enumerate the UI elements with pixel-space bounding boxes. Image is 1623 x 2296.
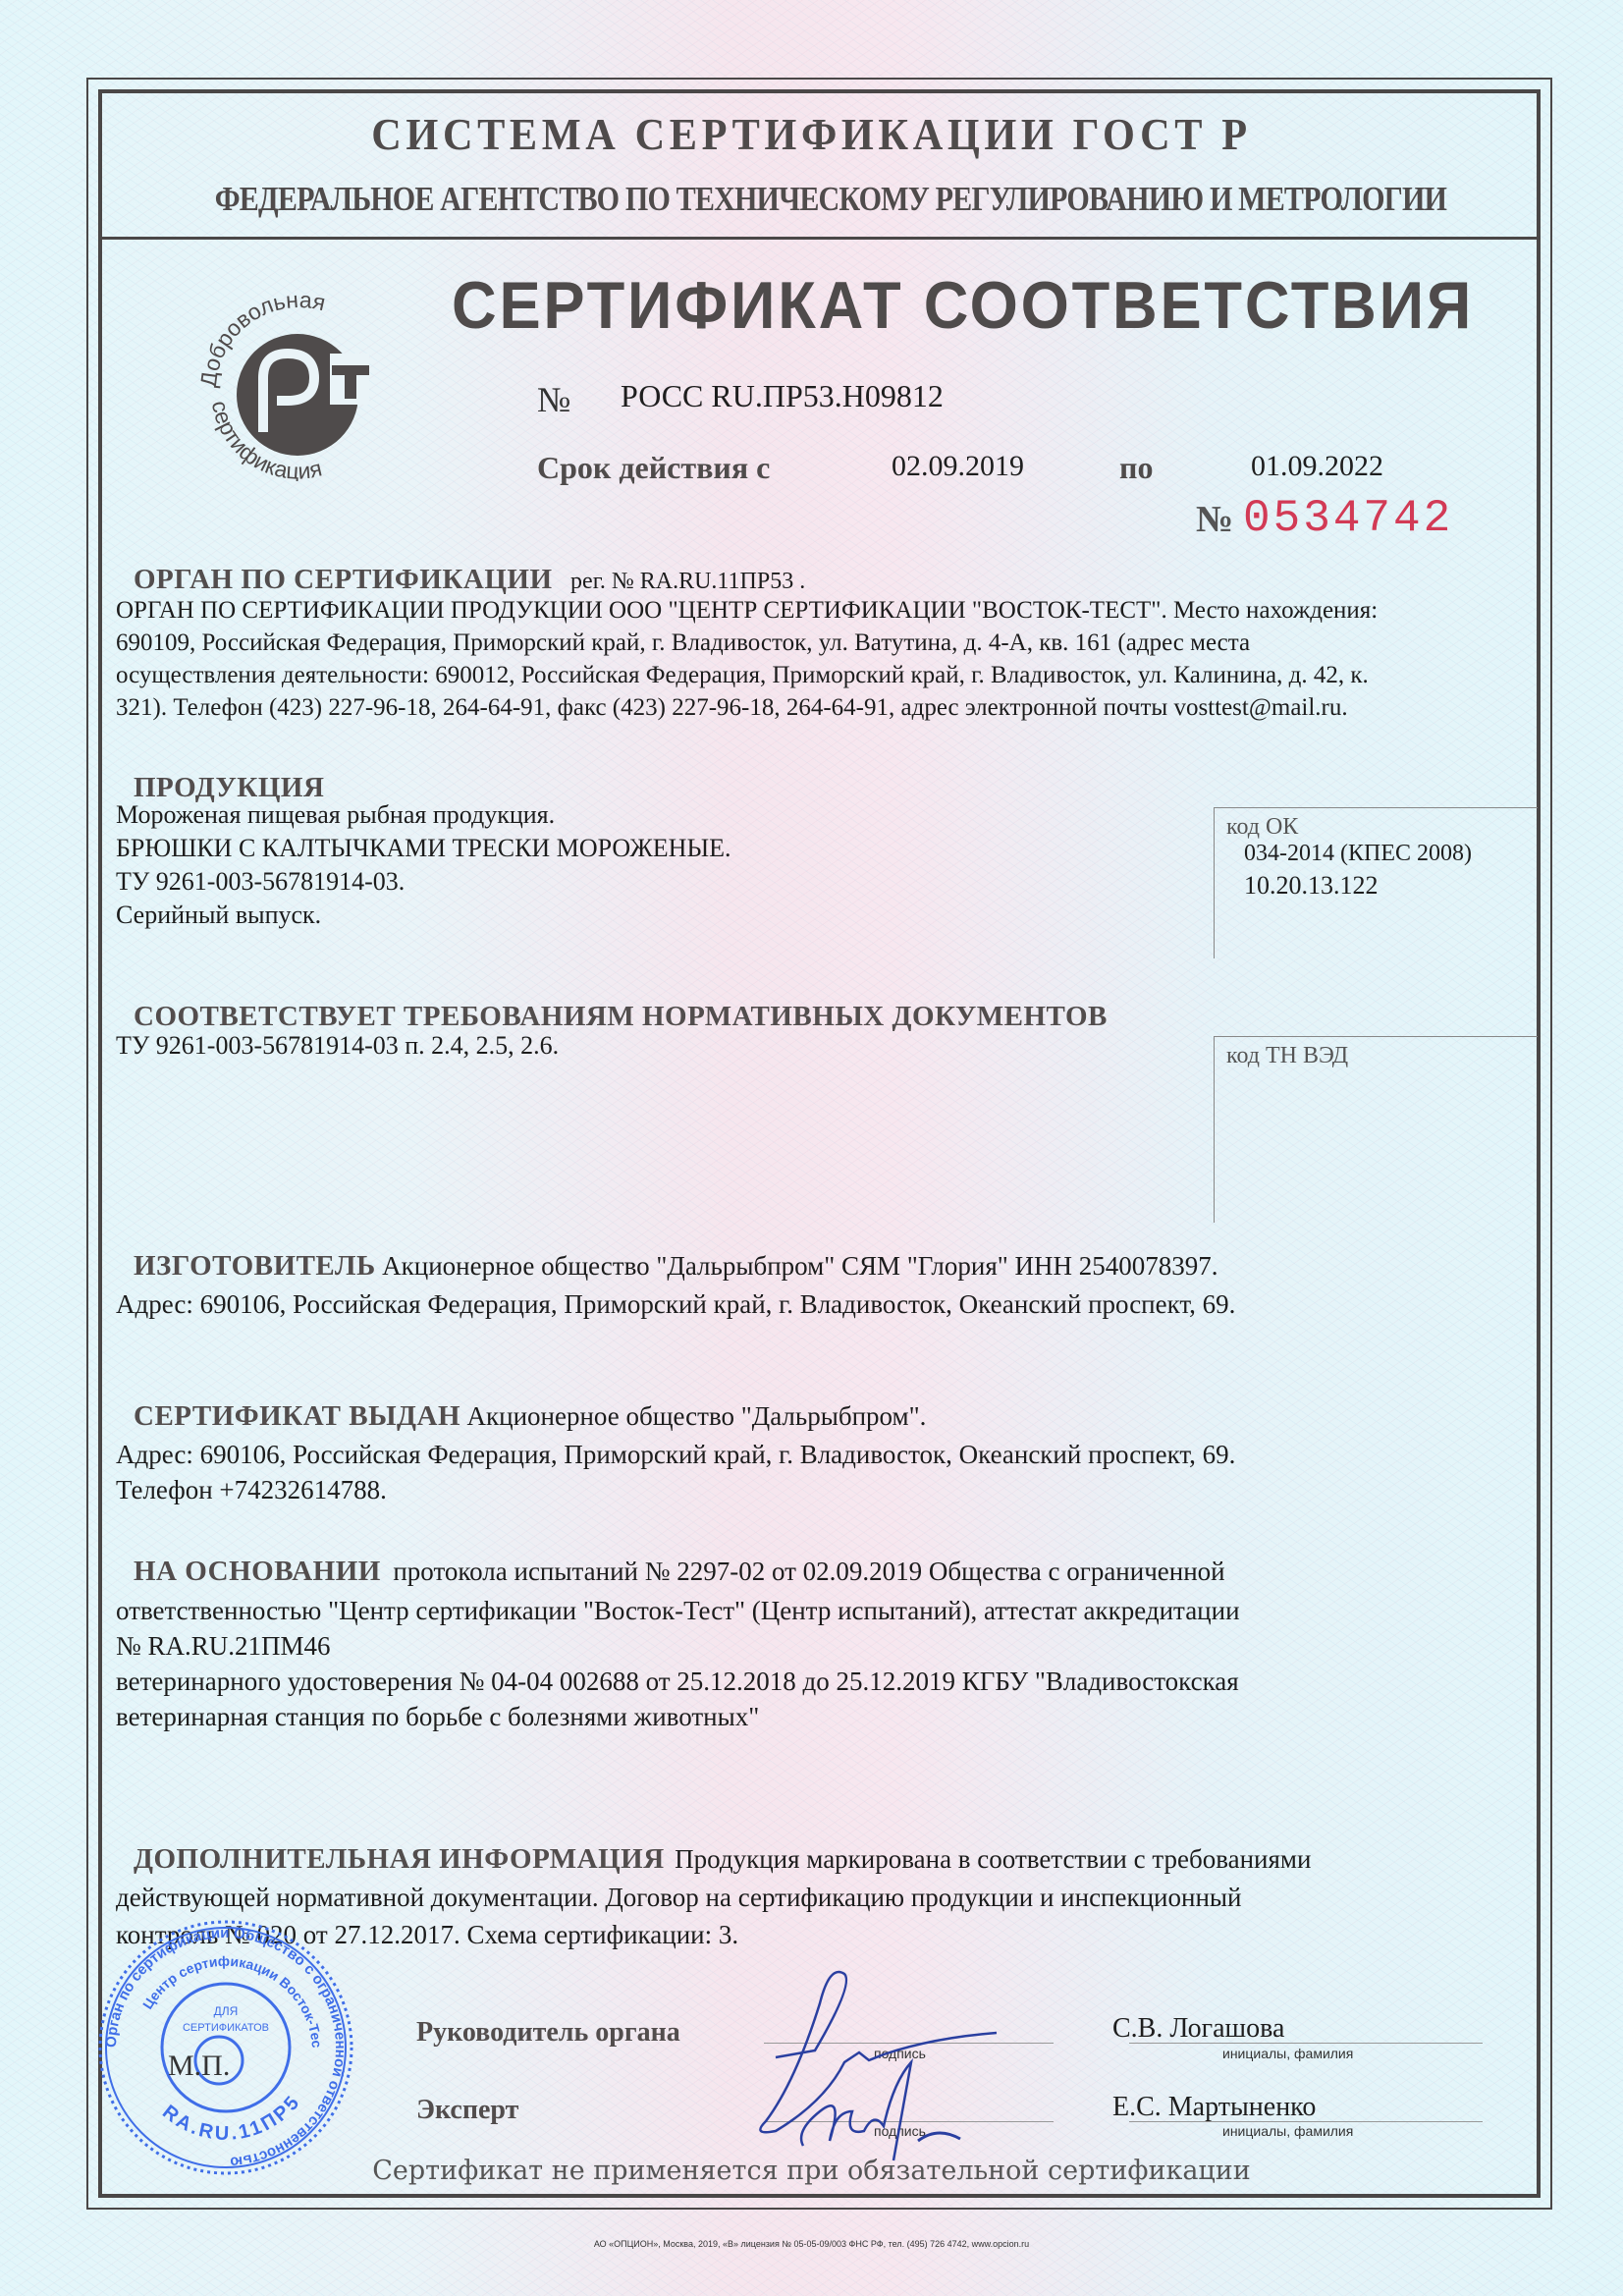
manufacturer-name: Акционерное общество "Дальрыбпром" СЯМ "… [382, 1251, 1217, 1281]
stamp-place-label: М.П. [168, 2050, 230, 2083]
valid-to-date: 01.09.2022 [1251, 450, 1383, 483]
agency-title: ФЕДЕРАЛЬНОЕ АГЕНТСТВО ПО ТЕХНИЧЕСКОМУ РЕ… [215, 180, 1431, 219]
product-line: Серийный выпуск. [116, 899, 1196, 932]
serial-number-label: № [1196, 498, 1233, 541]
basis-section: НА ОСНОВАНИИ протокола испытаний № 2297-… [116, 1555, 1530, 1734]
product-line: ТУ 9261-003-56781914-03. [116, 865, 1196, 899]
basis-text: протокола испытаний № 2297-02 от 02.09.2… [393, 1557, 1224, 1586]
certificate-title: СЕРТИФИКАТ СООТВЕТСТВИЯ [452, 267, 1474, 344]
valid-to-label: по [1119, 450, 1153, 486]
conformity-section: СООТВЕТСТВУЕТ ТРЕБОВАНИЯМ НОРМАТИВНЫХ ДО… [116, 1000, 1196, 1063]
product-section: ПРОДУКЦИЯ Мороженая пищевая рыбная проду… [116, 771, 1196, 932]
expert-name: Е.С. Мартыненко [1112, 2092, 1316, 2123]
footer-note: Сертификат не применяется при обязательн… [0, 2156, 1623, 2186]
serial-number: 0534742 [1243, 493, 1453, 544]
official-stamp: Орган по сертификации Общество с огранич… [93, 1915, 358, 2180]
conformity-text: ТУ 9261-003-56781914-03 п. 2.4, 2.5, 2.6… [116, 1029, 1196, 1063]
issued-to-address: Адрес: 690106, Российская Федерация, При… [116, 1438, 1530, 1471]
issued-to-phone: Телефон +74232614788. [116, 1473, 1530, 1506]
certification-body-line: ОРГАН ПО СЕРТИФИКАЦИИ ПРОДУКЦИИ ООО "ЦЕН… [116, 594, 1530, 627]
manufacturer-heading: ИЗГОТОВИТЕЛЬ [134, 1250, 376, 1282]
printer-imprint: АО «ОПЦИОН», Москва, 2019, «В» лицензия … [0, 2239, 1623, 2249]
additional-info-text: Продукция маркирована в соответствии с т… [675, 1844, 1311, 1874]
code-ok-box: код ОК 034-2014 (КПЕС 2008) 10.20.13.122 [1214, 807, 1538, 958]
certification-body-line: 321). Телефон (423) 227-96-18, 264-64-91… [116, 691, 1530, 724]
validity-label: Срок действия с [537, 450, 770, 486]
head-name: С.В. Логашова [1112, 2013, 1284, 2045]
handwritten-signatures-icon [736, 1964, 1060, 2170]
basis-line: ветеринарного удостоверения № 04-04 0026… [116, 1664, 1530, 1699]
basis-heading: НА ОСНОВАНИИ [134, 1556, 381, 1587]
manufacturer-address: Адрес: 690106, Российская Федерация, При… [116, 1287, 1530, 1321]
code-tnved-box: код ТН ВЭД [1214, 1036, 1538, 1223]
certificate-number-label: № [537, 379, 570, 420]
issued-to-section: СЕРТИФИКАТ ВЫДАН Акционерное общество "Д… [116, 1399, 1530, 1506]
head-name-caption: инициалы, фамилия [1222, 2046, 1353, 2061]
additional-info-line: действующей нормативной документации. До… [116, 1879, 1530, 1916]
head-of-body-label: Руководитель органа [416, 2017, 680, 2049]
code-ok-value: 10.20.13.122 [1244, 871, 1538, 901]
svg-text:ДЛЯ: ДЛЯ [214, 2004, 239, 2018]
basis-line: № RA.RU.21ПМ46 [116, 1628, 1530, 1664]
expert-name-caption: инициалы, фамилия [1222, 2123, 1353, 2139]
system-title: СИСТЕМА СЕРТИФИКАЦИИ ГОСТ Р [65, 108, 1558, 160]
expert-name-line [1129, 2121, 1483, 2122]
rst-logo-icon: Добровольная сертификация [194, 285, 401, 481]
svg-text:СЕРТИФИКАТОВ: СЕРТИФИКАТОВ [183, 2022, 269, 2034]
rst-voluntary-certification-logo: Добровольная сертификация [194, 285, 401, 481]
manufacturer-section: ИЗГОТОВИТЕЛЬ Акционерное общество "Дальр… [116, 1249, 1530, 1321]
code-tnved-label: код ТН ВЭД [1226, 1043, 1538, 1069]
additional-info-heading: ДОПОЛНИТЕЛЬНАЯ ИНФОРМАЦИЯ [134, 1843, 665, 1875]
certification-body-heading: ОРГАН ПО СЕРТИФИКАЦИИ [134, 564, 553, 595]
code-ok-standard: 034-2014 (КПЕС 2008) [1244, 841, 1538, 867]
basis-line: ветеринарная станция по борьбе с болезня… [116, 1699, 1530, 1734]
valid-from-date: 02.09.2019 [892, 450, 1024, 483]
round-seal-icon: Орган по сертификации Общество с огранич… [93, 1915, 358, 2180]
certification-body-section: ОРГАН ПО СЕРТИФИКАЦИИ рег. № RA.RU.11ПР5… [116, 563, 1530, 724]
header-divider [98, 237, 1541, 240]
certification-body-line: осуществления деятельности: 690012, Росс… [116, 659, 1530, 691]
conformity-heading: СООТВЕТСТВУЕТ ТРЕБОВАНИЯМ НОРМАТИВНЫХ ДО… [134, 1000, 1196, 1033]
issued-to-name: Акционерное общество "Дальрыбпром". [467, 1401, 927, 1431]
product-line: Мороженая пищевая рыбная продукция. [116, 798, 1196, 832]
product-line: БРЮШКИ С КАЛТЫЧКАМИ ТРЕСКИ МОРОЖЕНЫЕ. [116, 832, 1196, 865]
head-name-line [1129, 2043, 1483, 2044]
certification-body-reg: рег. № RA.RU.11ПР53 . [570, 569, 805, 594]
issued-to-heading: СЕРТИФИКАТ ВЫДАН [134, 1400, 460, 1432]
expert-label: Эксперт [416, 2095, 518, 2126]
certification-body-line: 690109, Российская Федерация, Приморский… [116, 627, 1530, 659]
code-ok-label: код ОК [1226, 814, 1538, 841]
certificate-number: РОСС RU.ПР53.Н09812 [621, 378, 944, 414]
basis-line: ответственностью "Центр сертификации "Во… [116, 1593, 1530, 1628]
